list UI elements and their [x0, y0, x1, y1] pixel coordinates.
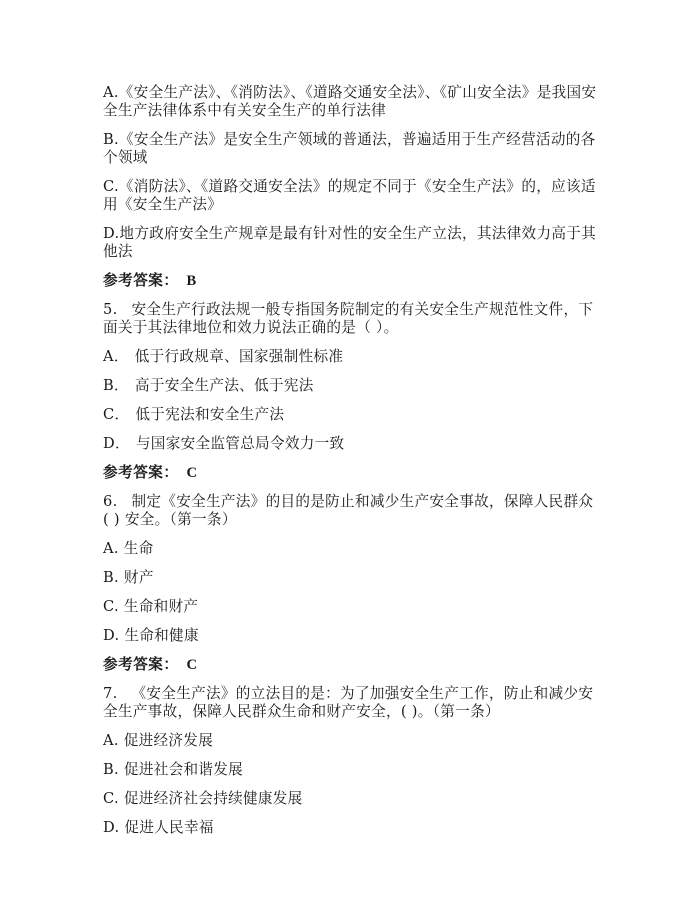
reference-answer: 参考答案：C	[103, 656, 601, 674]
option-label: A．	[103, 348, 129, 365]
question-number: 6.	[103, 493, 118, 510]
option-d: D．与国家安全监管总局令效力一致	[103, 435, 601, 453]
option-label: A.	[103, 84, 119, 101]
option-label: B．	[103, 377, 129, 394]
option-d: D.地方政府安全生产规章是最有针对性的安全生产立法，其法律效力高于其他法	[103, 225, 601, 261]
question-text: 制定《安全生产法》的目的是防止和减少生产安全事故，保障人民群众 ( ) 安全。（…	[103, 493, 593, 528]
option-label: D.	[103, 627, 119, 644]
option-text: 低于宪法和安全生产法	[135, 406, 284, 423]
option-text: 促进社会和谐发展	[124, 761, 243, 778]
option-text: 低于行政规章、国家强制性标准	[135, 348, 344, 365]
question-number: 5.	[103, 301, 118, 318]
answer-value: B	[186, 273, 196, 289]
option-label: D．	[103, 435, 130, 452]
option-a: A．低于行政规章、国家强制性标准	[103, 348, 601, 366]
option-label: A.	[103, 540, 119, 557]
option-a: A. 生命	[103, 540, 601, 558]
option-label: B.	[103, 131, 119, 148]
option-label: C．	[103, 406, 129, 423]
reference-answer: 参考答案：C	[103, 464, 601, 482]
option-label: A.	[103, 732, 119, 749]
option-a: A.《安全生产法》、《消防法》、《道路交通安全法》、《矿山安全法》是我国安全生产…	[103, 84, 601, 120]
option-text: 高于安全生产法、低于宪法	[135, 377, 314, 394]
option-a: A. 促进经济发展	[103, 732, 601, 750]
option-b: B. 财产	[103, 569, 601, 587]
option-text: 地方政府安全生产规章是最有针对性的安全生产立法，其法律效力高于其他法	[103, 225, 596, 260]
option-c: C.《消防法》、《道路交通安全法》的规定不同于《安全生产法》的，应该适用《安全生…	[103, 178, 601, 214]
answer-label: 参考答案：	[103, 657, 178, 673]
option-label: B.	[103, 761, 119, 778]
question-7: 7.《安全生产法》的立法目的是：为了加强安全生产工作，防止和减少安全生产事故，保…	[103, 685, 601, 721]
question-6: 6.制定《安全生产法》的目的是防止和减少生产安全事故，保障人民群众 ( ) 安全…	[103, 493, 601, 529]
reference-answer: 参考答案：B	[103, 272, 601, 290]
option-b: B.《安全生产法》是安全生产领域的普通法，普遍适用于生产经营活动的各个领域	[103, 131, 601, 167]
option-c: C．低于宪法和安全生产法	[103, 406, 601, 424]
option-text: 促进经济社会持续健康发展	[124, 790, 303, 807]
option-c: C. 生命和财产	[103, 598, 601, 616]
option-d: D. 促进人民幸福	[103, 819, 601, 837]
option-label: C.	[103, 598, 119, 615]
option-label: D.	[103, 819, 119, 836]
option-text: 《安全生产法》、《消防法》、《道路交通安全法》、《矿山安全法》是我国安全生产法律…	[103, 84, 596, 119]
answer-label: 参考答案：	[103, 465, 178, 481]
option-text: 《安全生产法》是安全生产领域的普通法，普遍适用于生产经营活动的各个领域	[103, 131, 596, 166]
option-text: 促进经济发展	[124, 732, 213, 749]
option-text: 生命和健康	[124, 627, 198, 644]
question-text: 《安全生产法》的立法目的是：为了加强安全生产工作，防止和减少安全生产事故，保障人…	[103, 685, 593, 720]
answer-label: 参考答案：	[103, 273, 178, 289]
option-text: 生命和财产	[124, 598, 198, 615]
option-text: 《消防法》、《道路交通安全法》的规定不同于《安全生产法》的，应该适用《安全生产法…	[103, 178, 596, 213]
option-text: 促进人民幸福	[124, 819, 213, 836]
option-c: C. 促进经济社会持续健康发展	[103, 790, 601, 808]
option-text: 财产	[124, 569, 154, 586]
option-d: D. 生命和健康	[103, 627, 601, 645]
option-label: C.	[103, 790, 119, 807]
option-label: B.	[103, 569, 119, 586]
option-b: B．高于安全生产法、低于宪法	[103, 377, 601, 395]
option-text: 生命	[124, 540, 154, 557]
option-text: 与国家安全监管总局令效力一致	[136, 435, 345, 452]
option-label: D.	[103, 225, 119, 242]
answer-value: C	[186, 465, 197, 481]
question-number: 7.	[103, 685, 118, 702]
answer-value: C	[186, 657, 197, 673]
question-5: 5.安全生产行政法规一般专指国务院制定的有关安全生产规范性文件，下面关于其法律地…	[103, 301, 601, 337]
question-text: 安全生产行政法规一般专指国务院制定的有关安全生产规范性文件，下面关于其法律地位和…	[103, 301, 593, 336]
option-b: B. 促进社会和谐发展	[103, 761, 601, 779]
document-page: A.《安全生产法》、《消防法》、《道路交通安全法》、《矿山安全法》是我国安全生产…	[103, 84, 601, 848]
option-label: C.	[103, 178, 119, 195]
